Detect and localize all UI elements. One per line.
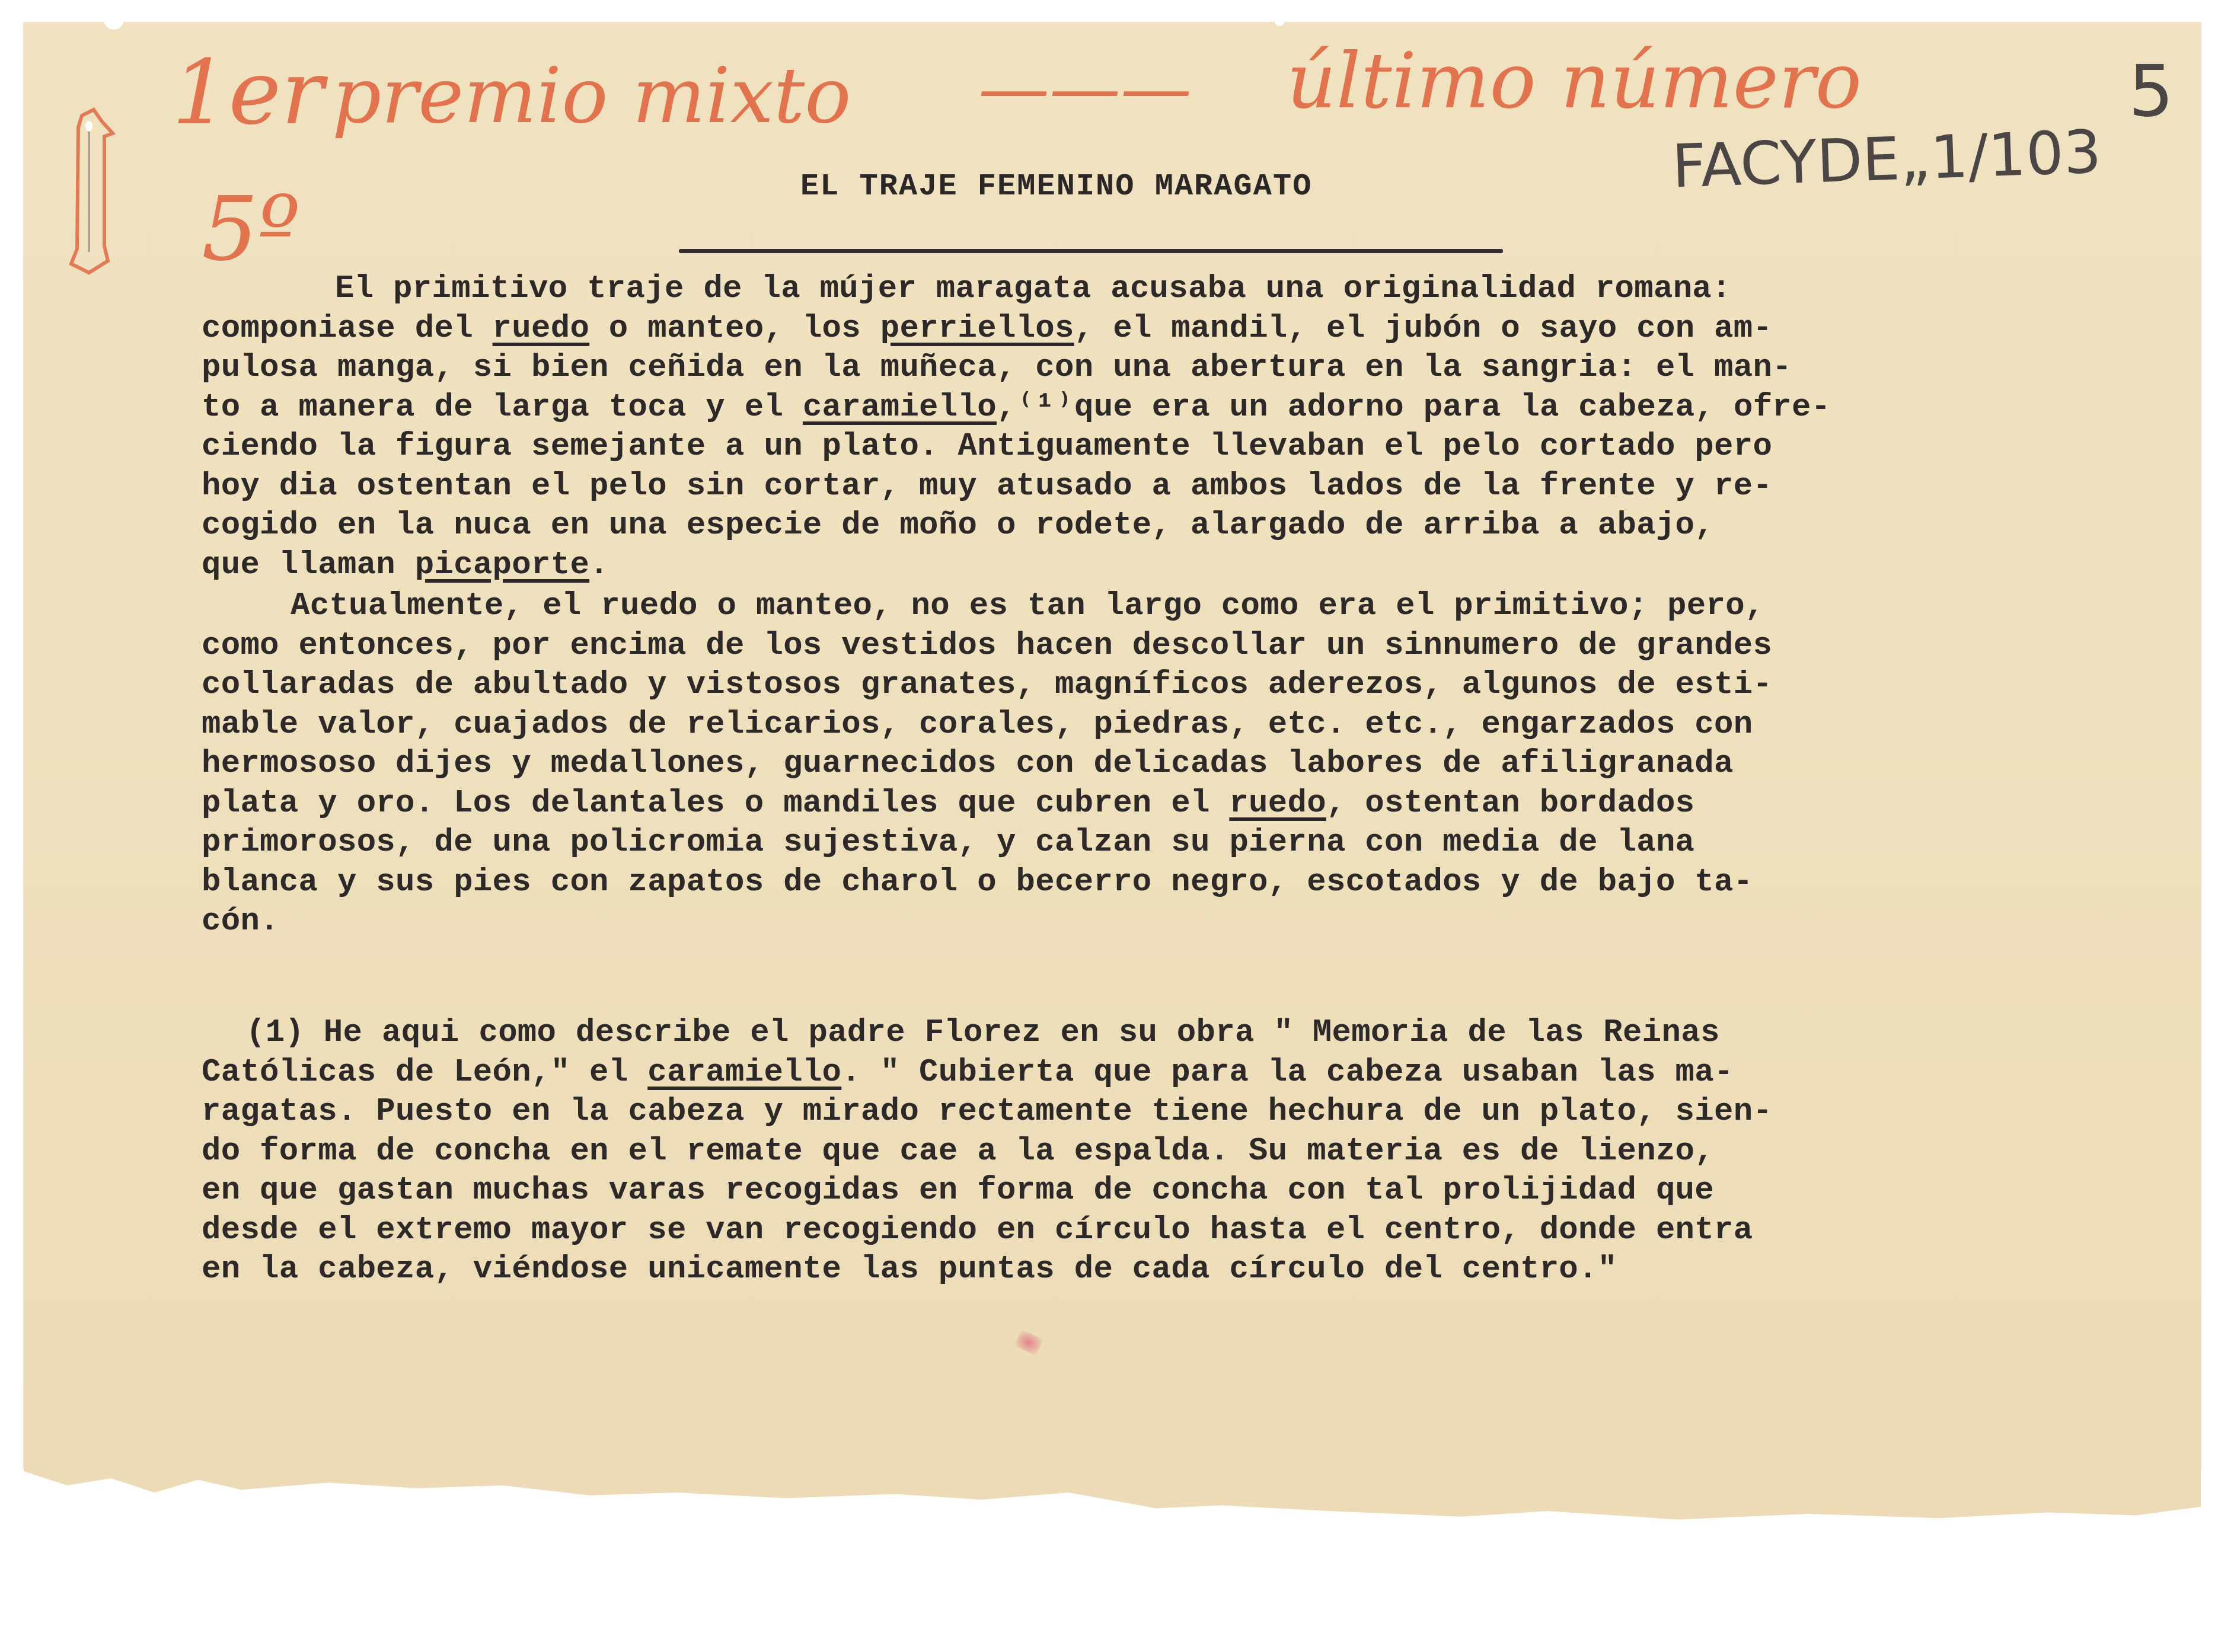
text-line: en la cabeza, viéndose unicamente las pu…: [202, 1250, 2170, 1290]
text-line: blanca y sus pies con zapatos de charol …: [202, 863, 2170, 903]
text-line: to a manera de larga toca y el caramiell…: [202, 388, 2170, 428]
text-line: mable valor, cuajados de relicarios, cor…: [202, 705, 2170, 745]
underlined-term: caramiello: [647, 1055, 841, 1091]
text-line: cón.: [202, 902, 2170, 942]
annotation-5o: 5º: [202, 178, 300, 281]
annotation-1er: 1er: [172, 41, 324, 145]
paragraph-2: Actualmente, el ruedo o manteo, no es ta…: [202, 587, 2170, 942]
annotation-ultimo-numero: último número: [1287, 36, 1862, 126]
underlined-term: ruedo: [493, 311, 590, 347]
underlined-term: ruedo: [1229, 785, 1326, 822]
annotation-premio-mixto: premio mixto: [332, 50, 851, 140]
torn-bottom-edge: [24, 1464, 2201, 1535]
text-line: en que gastan muchas varas recogidas en …: [202, 1171, 2170, 1211]
text-line: (1) He aqui como describe el padre Flore…: [202, 1014, 2170, 1053]
underlined-term: perriellos: [880, 311, 1074, 347]
paragraph-1: El primitivo traje de la mújer maragata …: [202, 270, 2170, 585]
text-line: do forma de concha en el remate que cae …: [202, 1132, 2170, 1172]
text-line: collaradas de abultado y vistosos granat…: [202, 666, 2170, 705]
text-line: Actualmente, el ruedo o manteo, no es ta…: [202, 587, 2170, 627]
text-line: como entonces, por encima de los vestido…: [202, 627, 2170, 666]
text-line: Católicas de León," el caramiello. " Cub…: [202, 1053, 2170, 1093]
annotation-dash: ———: [978, 47, 1192, 130]
text-line: ciendo la figura semejante a un plato. A…: [202, 427, 2170, 467]
page-number: 5: [2128, 50, 2174, 133]
text-line: plata y oro. Los delantales o mandiles q…: [202, 784, 2170, 824]
underlined-term: picaporte: [415, 547, 589, 583]
text-line: hoy dia ostentan el pelo sin cortar, muy…: [202, 467, 2170, 507]
text-line: hermososo dijes y medallones, guarnecido…: [202, 744, 2170, 784]
text-line: cogido en la nuca en una especie de moño…: [202, 506, 2170, 546]
underlined-term: caramiello: [803, 389, 997, 426]
red-pin-sketch-icon: [65, 104, 122, 276]
text-line: desde el extremo mayor se van recogiendo…: [202, 1211, 2170, 1251]
title-underline: [679, 249, 1503, 253]
document-title: EL TRAJE FEMENINO MARAGATO: [800, 169, 1312, 204]
text-line: El primitivo traje de la mújer maragata …: [202, 270, 2170, 309]
text-line: pulosa manga, si bien ceñida en la muñec…: [202, 349, 2170, 388]
footnote: (1) He aqui como describe el padre Flore…: [202, 1014, 2170, 1290]
text-line: que llaman picaporte.: [202, 546, 2170, 586]
text-line: primorosos, de una policromia sujestiva,…: [202, 823, 2170, 863]
text-line: componiase del ruedo o manteo, los perri…: [202, 309, 2170, 349]
text-line: ragatas. Puesto en la cabeza y mirado re…: [202, 1092, 2170, 1132]
